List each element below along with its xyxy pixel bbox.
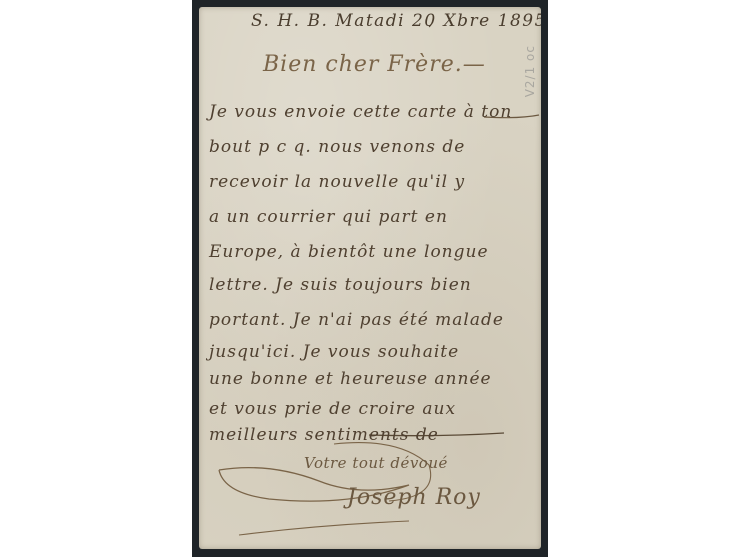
closing: Votre tout dévoué [304, 454, 448, 472]
body-line: a un courrier qui part en [209, 207, 448, 227]
postcard: S. H. B. Matadi 20 Xbre 1895. Bien cher … [199, 7, 541, 549]
signature: Joseph Roy [347, 485, 481, 510]
body-line: et vous prie de croire aux [209, 399, 456, 419]
body-line: bout p c q. nous venons de [209, 137, 465, 157]
body-line: une bonne et heureuse année [209, 369, 492, 389]
body-line: jusqu'ici. Je vous souhaite [209, 342, 459, 362]
margin-note: V2/1 oc [523, 45, 537, 97]
document-viewer: S. H. B. Matadi 20 Xbre 1895. Bien cher … [0, 0, 740, 557]
letter-header: S. H. B. Matadi 20 Xbre 1895. [251, 11, 541, 31]
body-line: Europe, à bientôt une longue [209, 242, 489, 262]
body-line: recevoir la nouvelle qu'il y [209, 172, 465, 192]
body-line: lettre. Je suis toujours bien [209, 275, 472, 295]
body-line: Je vous envoie cette carte à ton [209, 102, 512, 122]
body-line: portant. Je n'ai pas été malade [209, 310, 504, 330]
body-line: meilleurs sentiments de [209, 425, 439, 445]
salutation: Bien cher Frère.— [263, 52, 486, 77]
